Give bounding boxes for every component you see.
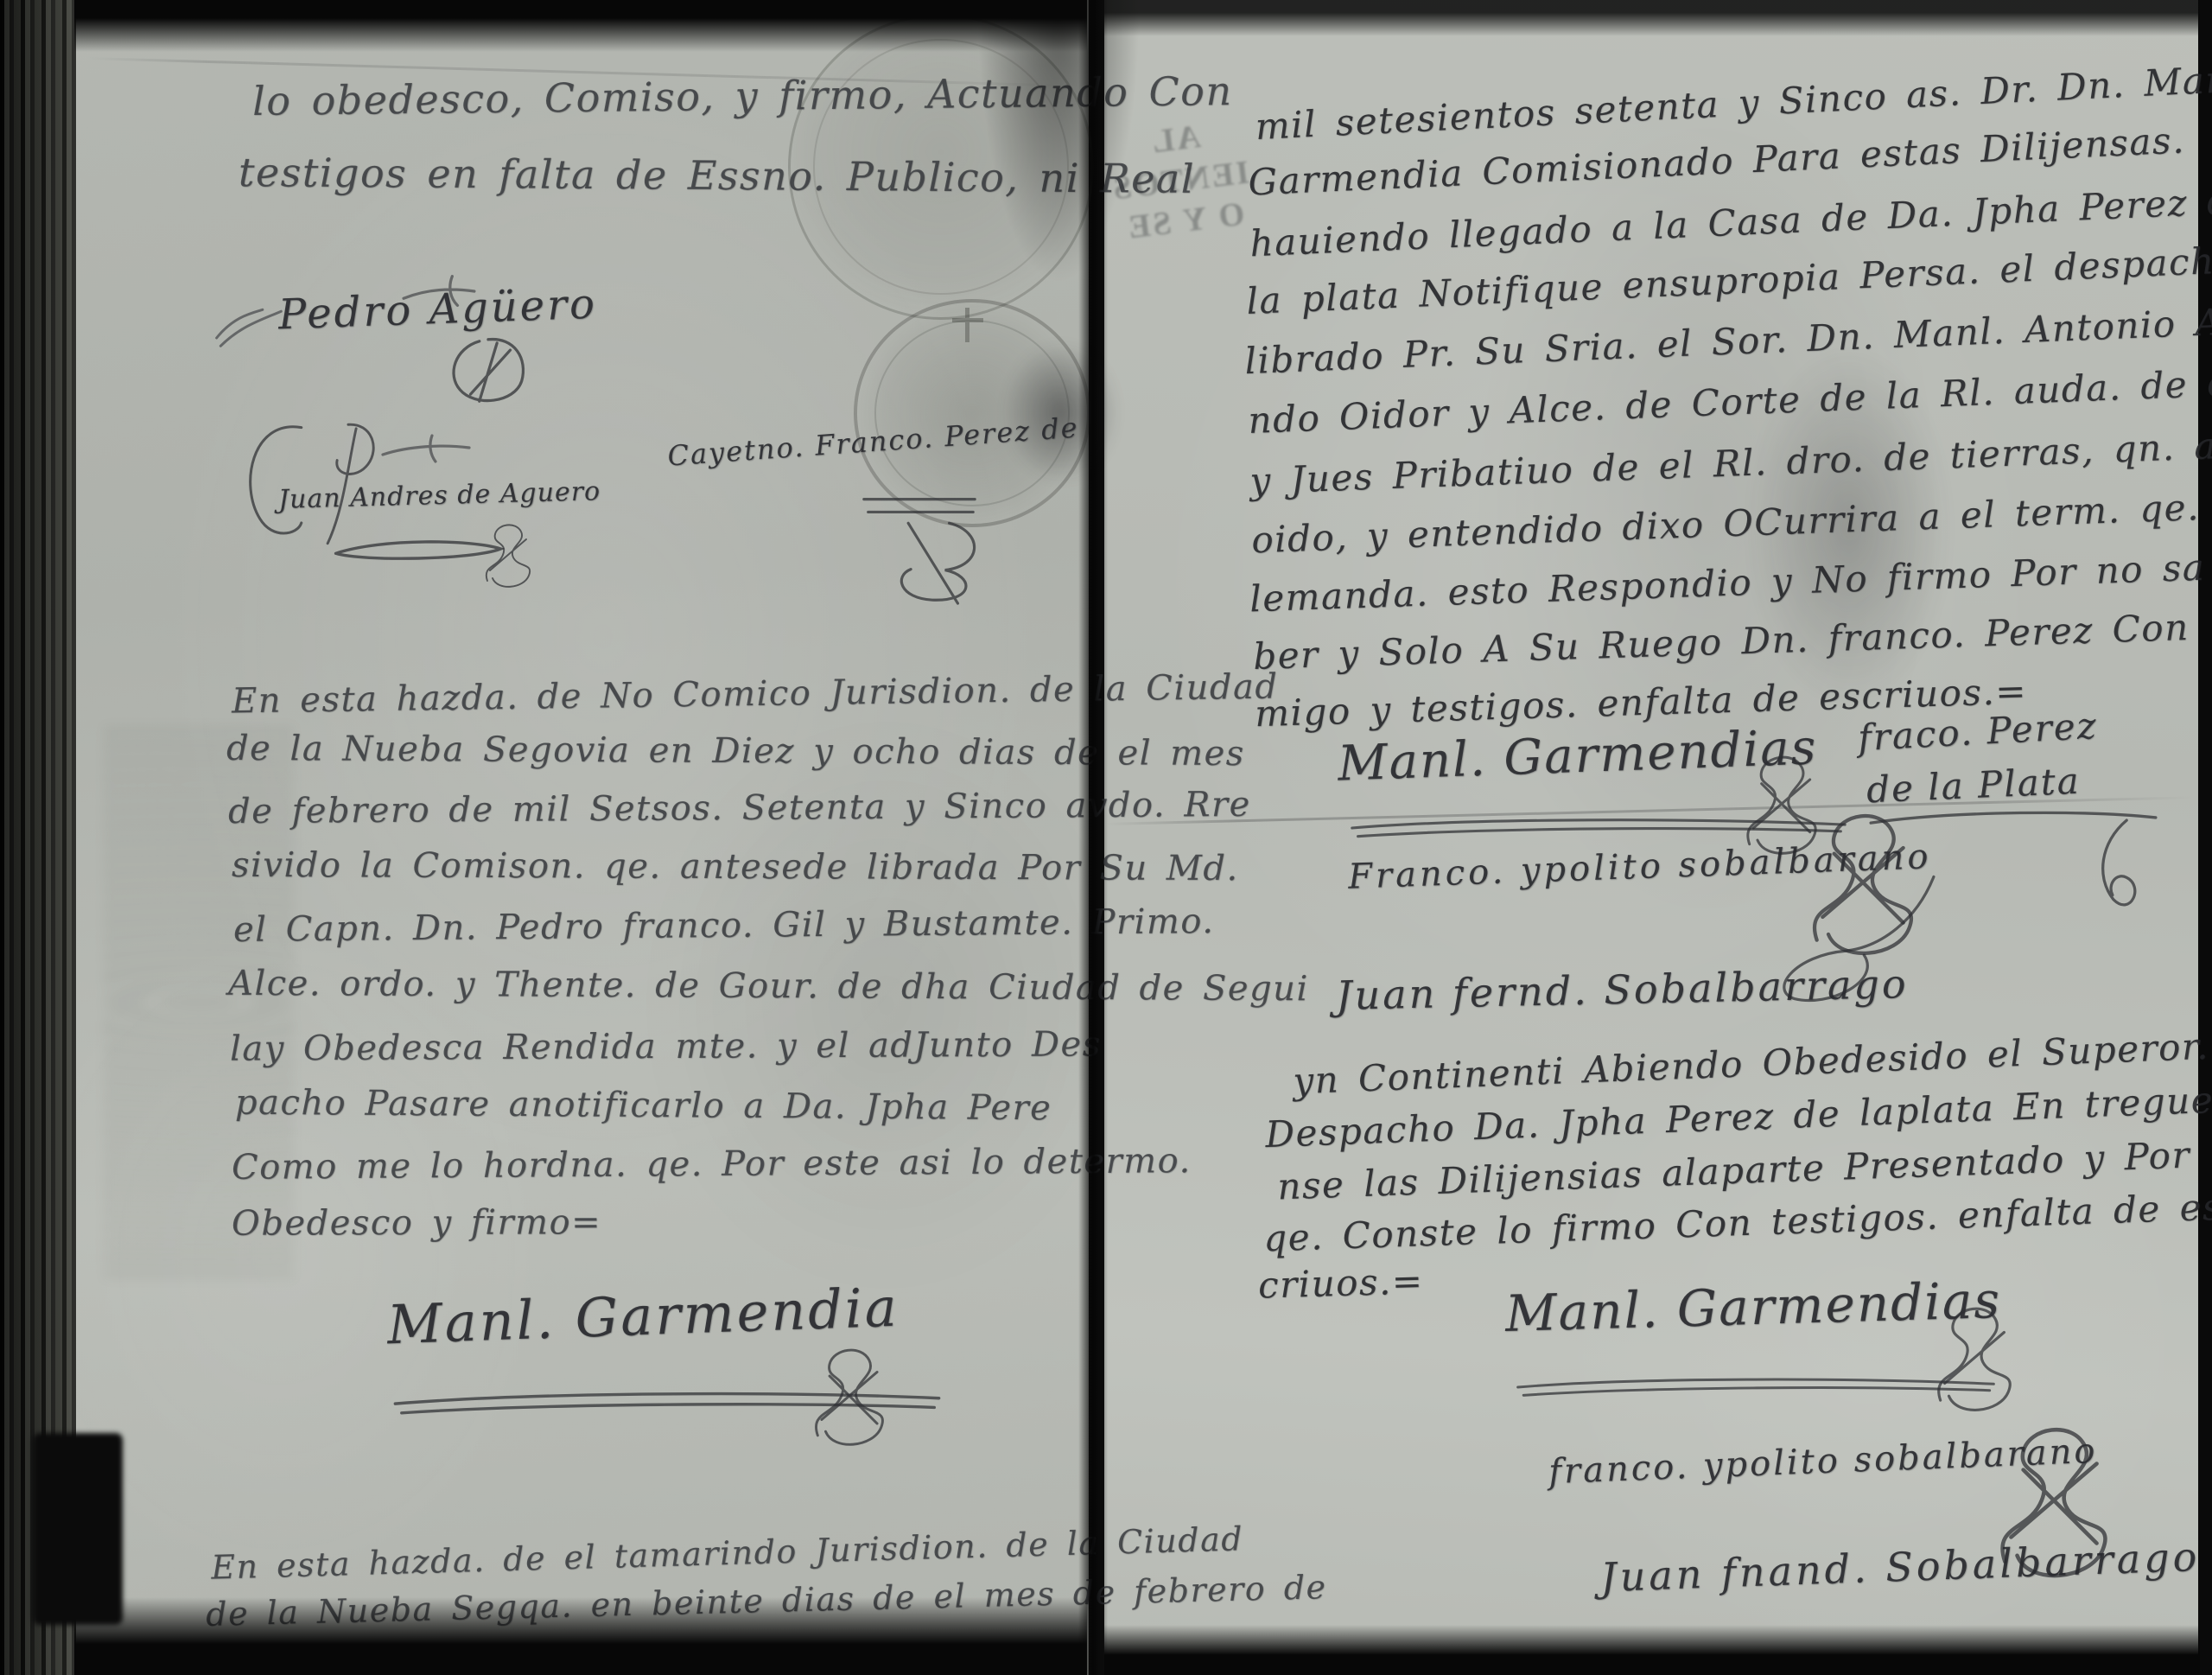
rubric-flourish bbox=[845, 474, 994, 610]
manuscript-photo: AL IENTOS O Y SE lo obedesco, Comiso, y … bbox=[0, 0, 2212, 1675]
photo-edge-shadow bbox=[1104, 0, 2200, 36]
rubric-flourish bbox=[213, 301, 285, 351]
dark-corner-notch bbox=[33, 1433, 123, 1625]
rubric-flourish bbox=[444, 332, 532, 408]
photo-edge-shadow bbox=[74, 1597, 1087, 1675]
manuscript-line: lay Obedesca Rendida mte. y el adJunto D… bbox=[230, 1024, 1102, 1068]
manuscript-line: Alce. ordo. y Thente. de Gour. de dha Ci… bbox=[228, 964, 1309, 1009]
rubric-flourish bbox=[2091, 816, 2145, 913]
manuscript-line: Obedesco y firmo= bbox=[232, 1202, 601, 1243]
rubric-flourish bbox=[802, 1331, 897, 1461]
photo-edge-shadow bbox=[74, 0, 1087, 52]
rubric-flourish bbox=[477, 506, 539, 603]
rubric-flourish bbox=[1923, 1290, 2025, 1426]
rubric-flourish bbox=[378, 432, 474, 465]
manuscript-line: Como me lo hordna. qe. Por este asi lo d… bbox=[232, 1141, 1192, 1188]
cross-icon bbox=[952, 308, 983, 342]
manuscript-line: criuos.= bbox=[1257, 1259, 1424, 1306]
manuscript-line: pacho Pasare anotificarlo a Da. Jpha Per… bbox=[235, 1083, 1052, 1129]
photo-edge-shadow bbox=[1104, 1625, 2200, 1675]
book-spine-page-edges bbox=[0, 0, 76, 1675]
